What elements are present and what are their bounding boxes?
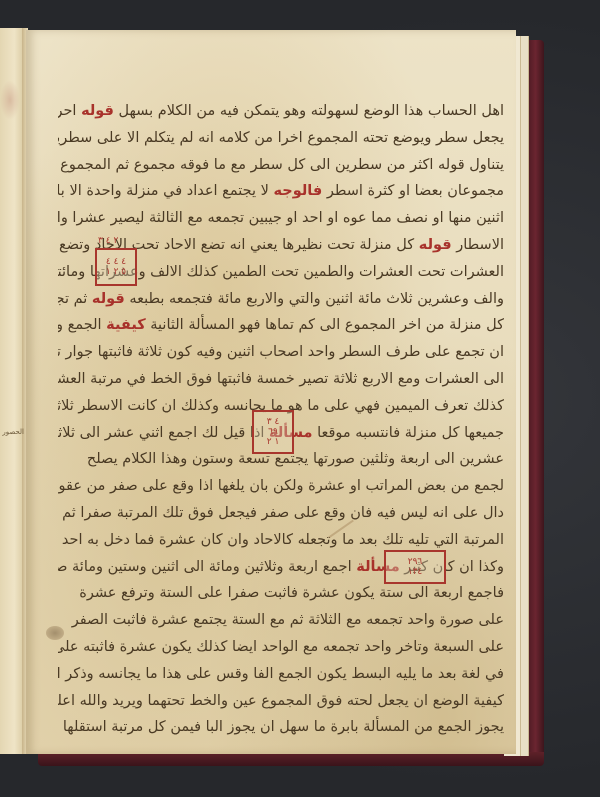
line-text: الجمع ولكن xyxy=(58,317,106,333)
margin-note: الحصور xyxy=(0,428,24,436)
ink-blot xyxy=(46,626,64,640)
text-line: على صورة واحد تجمعه مع الثلاثة ثم مع الس… xyxy=(58,607,504,634)
text-line: مجموعان بعضا او كثرة اسطر فالوجه لا يجتم… xyxy=(58,178,504,205)
line-text: ثم تجمع xyxy=(58,291,92,307)
text-line: اثنين منها او نصف مما عوه او احد او جيبي… xyxy=(58,205,504,232)
line-text: الاسطار xyxy=(452,237,504,253)
text-line: يتناول قوله اكثر من سطرين الى كل سطر مع … xyxy=(58,152,504,179)
line-text: والف وعشرين ثلاث مائة اثنين والتي والارب… xyxy=(125,291,504,307)
line-text: دال على انه ليس فيه فان وقع على صفر فيجع… xyxy=(58,505,504,521)
text-line: فاجمع اربعة الى ستة يكون عشرة فاثبت صفرا… xyxy=(58,580,504,607)
line-text: يتناول قوله اكثر من سطرين الى كل سطر مع … xyxy=(58,157,504,173)
rubric-heading: كيفية xyxy=(106,317,146,333)
line-text: كيفية الوضع ان يجعل لحته فوق المجموع عين… xyxy=(58,693,504,709)
book-binding-bottom xyxy=(38,752,544,766)
text-line: كيفية الوضع ان يجعل لحته فوق المجموع عين… xyxy=(58,688,504,715)
text-line: اهل الحساب هذا الوضع لسهولته وهو يتمكن ف… xyxy=(58,98,504,125)
line-text: جميعها كل منزلة فانتسبه موقعا xyxy=(312,425,504,441)
rubric-heading: قوله xyxy=(92,291,125,307)
diagram-row: ١ ٢ xyxy=(267,437,280,447)
line-text: مجموعان بعضا او كثرة اسطر xyxy=(322,183,504,199)
line-text: في لغة بعد ما يليه البسط يكون الجمع الفا… xyxy=(58,666,504,682)
text-line: ان تجمع على طرف السطر واحد اصحاب اثنين و… xyxy=(58,339,504,366)
line-text: على صورة واحد تجمعه مع الثلاثة ثم مع الس… xyxy=(72,612,504,628)
line-text: يجعل سطر ويوضع تحته المجموع اخرا من كلام… xyxy=(58,130,504,146)
stain xyxy=(0,80,20,120)
addition-diagram-box: ٤ ٤ ٤ ٥ ٢ ١ xyxy=(95,248,137,286)
text-line: والف وعشرين ثلاث مائة اثنين والتي والارب… xyxy=(58,286,504,313)
line-text: يجوز الجمع من المسألة بابرة ما سهل ان يج… xyxy=(58,719,504,735)
manuscript-page: اهل الحساب هذا الوضع لسهولته وهو يتمكن ف… xyxy=(26,30,516,754)
text-line: يجوز الجمع من المسألة بابرة ما سهل ان يج… xyxy=(58,714,504,741)
line-text: لا يجتمع اعداد في منزلة واحدة الا بان يج… xyxy=(58,183,274,199)
line-text: اجمع اربعة وثلاثين ومائة الى اثنين وستين… xyxy=(58,559,356,575)
book-binding-spine xyxy=(527,40,544,762)
text-line: دال على انه ليس فيه فان وقع على صفر فيجع… xyxy=(58,500,504,527)
diagram-row: ١٣٤ xyxy=(408,567,423,577)
rubric-heading: فالوجه xyxy=(274,183,323,199)
text-line: الى العشرات ومع الاربع ثلاثة تصير خمسة ف… xyxy=(58,366,504,393)
diagram-row: ٢٩٦ xyxy=(408,557,423,567)
text-line: لجمع من بعض المراتب او عشرة ولكن بان يلغ… xyxy=(58,473,504,500)
text-line: كل منزلة من اخر المجموع الى كم تماها فهو… xyxy=(58,312,504,339)
rubric-heading: قوله xyxy=(419,237,452,253)
addition-diagram-box: ٤ ٣ ٦٩ ١ ٢ xyxy=(252,410,294,454)
text-line: يجعل سطر ويوضع تحته المجموع اخرا من كلام… xyxy=(58,125,504,152)
rubric-heading: قوله xyxy=(81,103,114,119)
diagram-row: ٦٩ xyxy=(268,427,278,437)
diagram-row: ٤ ٤ ٤ xyxy=(106,257,126,267)
line-text: اذا قيل لك اجمع اثني عشر الى ثلاثة و xyxy=(58,425,269,441)
line-text: كل منزلة من اخر المجموع الى كم تماها فهو… xyxy=(146,317,504,333)
line-text: اثنين منها او نصف مما عوه او احد او جيبي… xyxy=(58,210,504,226)
line-text: لجمع من بعض المراتب او عشرة xyxy=(304,478,504,494)
line-text: ان تجمع على طرف السطر واحد اصحاب اثنين و… xyxy=(58,344,504,360)
line-text: اهل الحساب هذا الوضع لسهولته وهو يتمكن ف… xyxy=(114,103,504,119)
line-text: عشرين الى اربعة وثلثين صورتها xyxy=(308,451,504,467)
line-text: المرتبة التي تليه تلك بعد ما وتجعله كالا… xyxy=(58,532,504,548)
diagram-top-labels: ٢ ٤ ٣ xyxy=(98,236,118,246)
text-line: في لغة بعد ما يليه البسط يكون الجمع الفا… xyxy=(58,661,504,688)
diagram-row: ٥ ٢ ١ xyxy=(106,267,126,277)
line-text: على السبعة وتاخر واحد تجمعه مع الواحد اي… xyxy=(58,639,504,655)
addition-diagram-box: ٢٩٦ ١٣٤ xyxy=(384,550,446,584)
line-text: الى العشرات ومع الاربع ثلاثة تصير خمسة ف… xyxy=(58,371,504,387)
line-text: ولكن بان يلغها اذا وقع على صفر من عقود ا… xyxy=(58,478,304,494)
diagram-row: ٤ ٣ xyxy=(267,417,280,427)
line-text: احرا المجموع عين xyxy=(58,103,81,119)
line-text: فاجمع اربعة الى ستة يكون عشرة فاثبت صفرا… xyxy=(79,585,504,601)
text-line: على السبعة وتاخر واحد تجمعه مع الواحد اي… xyxy=(58,634,504,661)
